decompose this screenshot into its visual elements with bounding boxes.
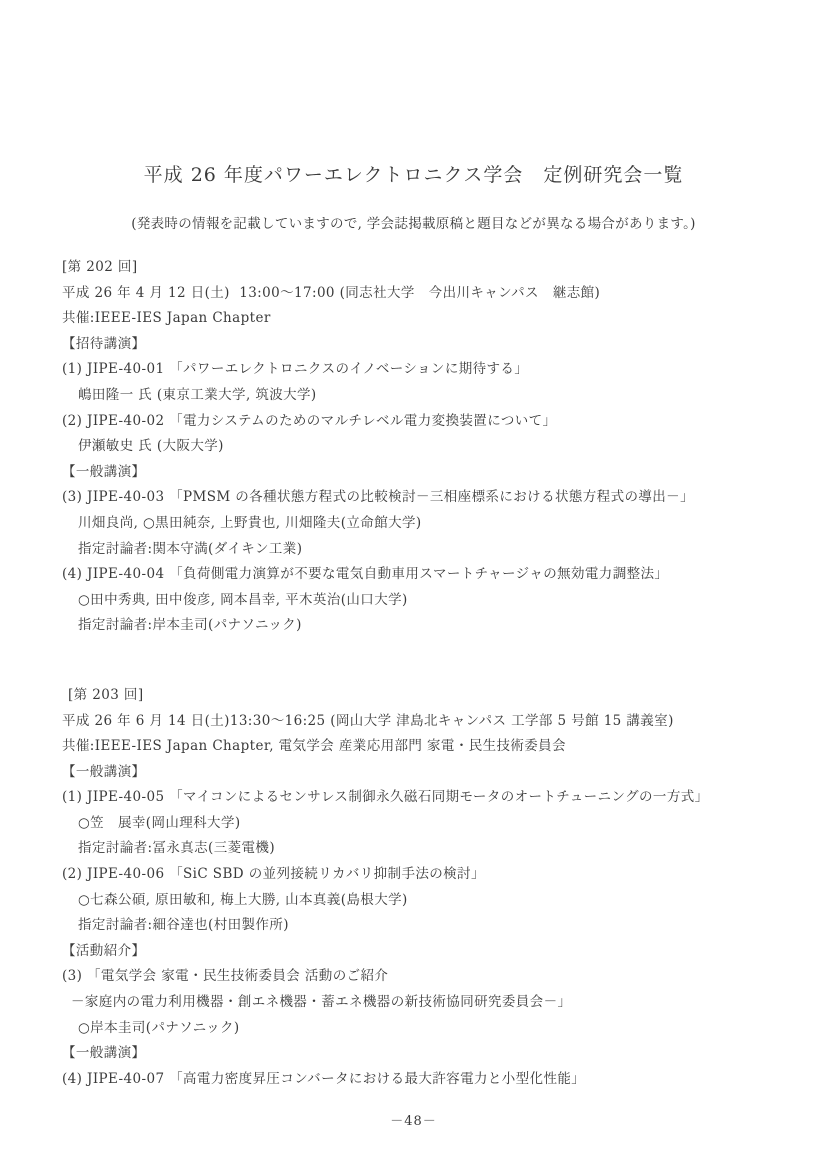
presentation-title: (1) JIPE-40-05 「マイコンによるセンサレス制御永久磁石同期モータの… [62, 785, 787, 811]
cosponsor-line: 共催:IEEE-IES Japan Chapter [62, 306, 787, 332]
speaker-line: 伊瀬敏史 氏 (大阪大学) [78, 434, 787, 460]
presentation-title-continuation: －家庭内の電力利用機器・創エネ機器・蓄エネ機器の新技術協同研究委員会－」 [71, 990, 787, 1016]
presentation-title: (2) JIPE-40-02 「電力システムのためのマルチレベル電力変換装置につ… [62, 409, 787, 435]
speaker-line: 嶋田隆一 氏 (東京工業大学, 筑波大学) [78, 383, 787, 409]
page-title: 平成 26 年度パワーエレクトロニクス学会 定例研究会一覧 [0, 160, 827, 187]
authors-line: ○笠 展幸(岡山理科大学) [78, 811, 787, 837]
session-date-venue: 平成 26 年 6 月 14 日(土)13:30～16:25 (岡山大学 津島北… [62, 709, 787, 735]
category-header: 【一般講演】 [62, 460, 787, 486]
discussant-line: 指定討論者:冨永真志(三菱電機) [78, 836, 787, 862]
authors-line: ○七森公碩, 原田敏和, 梅上大勝, 山本真義(島根大学) [78, 888, 787, 914]
session-202: [第 202 回] 平成 26 年 4 月 12 日(土) 13:00～17:0… [62, 255, 787, 639]
authors-line: ○岸本圭司(パナソニック) [78, 1016, 787, 1042]
presentation-title: (4) JIPE-40-07 「高電力密度昇圧コンバータにおける最大許容電力と小… [62, 1067, 787, 1093]
document-page: 平成 26 年度パワーエレクトロニクス学会 定例研究会一覧 (発表時の情報を記載… [0, 0, 827, 1170]
cosponsor-line: 共催:IEEE-IES Japan Chapter, 電気学会 産業応用部門 家… [62, 734, 787, 760]
page-number: －48－ [0, 1110, 827, 1129]
presentation-title: (3) 「電気学会 家電・民生技術委員会 活動のご紹介 [62, 964, 787, 990]
session-203: [第 203 回] 平成 26 年 6 月 14 日(土)13:30～16:25… [62, 683, 787, 1093]
authors-line: ○田中秀典, 田中俊彦, 岡本昌幸, 平木英治(山口大学) [78, 588, 787, 614]
category-header: 【活動紹介】 [62, 939, 787, 965]
section-header: [第 202 回] [62, 255, 787, 281]
category-header: 【一般講演】 [62, 1041, 787, 1067]
presentation-title: (1) JIPE-40-01 「パワーエレクトロニクスのイノベーションに期待する… [62, 357, 787, 383]
section-header: [第 203 回] [62, 683, 787, 709]
presentation-title: (4) JIPE-40-04 「負荷側電力演算が不要な電気自動車用スマートチャー… [62, 562, 787, 588]
discussant-line: 指定討論者:岸本圭司(パナソニック) [78, 613, 787, 639]
discussant-line: 指定討論者:関本守満(ダイキン工業) [78, 537, 787, 563]
discussant-line: 指定討論者:細谷達也(村田製作所) [78, 913, 787, 939]
session-date-venue: 平成 26 年 4 月 12 日(土) 13:00～17:00 (同志社大学 今… [62, 281, 787, 307]
category-header: 【一般講演】 [62, 760, 787, 786]
presentation-title: (2) JIPE-40-06 「SiC SBD の並列接続リカバリ抑制手法の検討… [62, 862, 787, 888]
presentation-title: (3) JIPE-40-03 「PMSM の各種状態方程式の比較検討－三相座標系… [62, 485, 787, 511]
category-header: 【招待講演】 [62, 332, 787, 358]
document-body: [第 202 回] 平成 26 年 4 月 12 日(土) 13:00～17:0… [62, 255, 787, 1092]
authors-line: 川畑良尚, ○黒田純奈, 上野貴也, 川畑隆夫(立命館大学) [78, 511, 787, 537]
page-subtitle: (発表時の情報を記載していますので, 学会誌掲載原稿と題目などが異なる場合があり… [0, 212, 827, 232]
